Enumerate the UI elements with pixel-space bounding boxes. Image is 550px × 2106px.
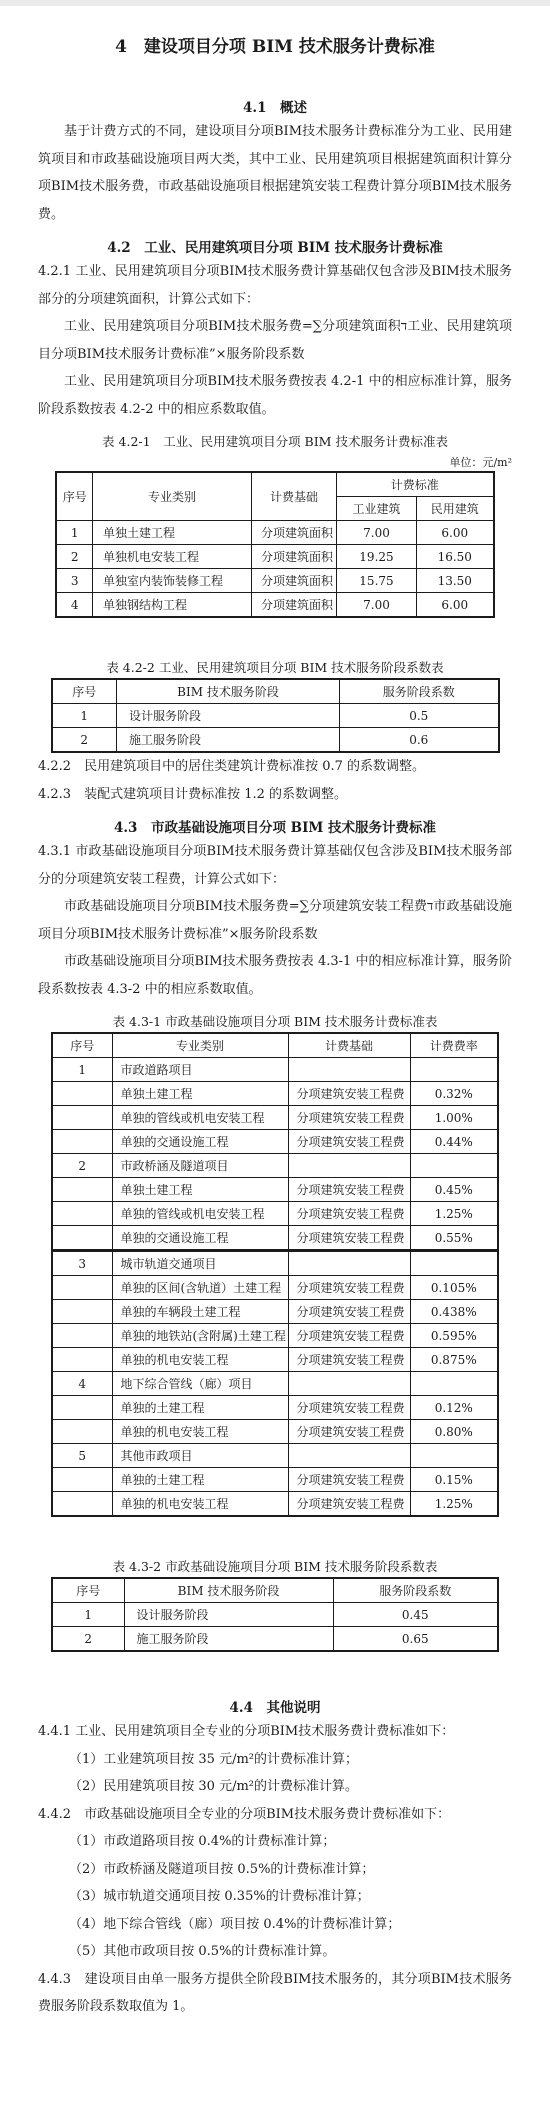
table-cell: 施工服务阶段 (117, 728, 340, 753)
table-cell: 0.875% (410, 1348, 498, 1372)
table-cell: 单独的车辆段土建工程 (112, 1300, 288, 1324)
col-header-category: 专业类别 (92, 472, 251, 521)
table-cell: 0.6 (340, 728, 499, 753)
table-cell: 分项建筑安装工程费 (288, 1324, 410, 1348)
col-header-no: 序号 (56, 472, 92, 521)
table-cell: 分项建筑安装工程费 (288, 1396, 410, 1420)
table-cell: 2 (56, 545, 92, 569)
col-header-no: 序号 (52, 679, 117, 704)
table-cell (52, 1348, 112, 1372)
table-cell: 3 (52, 1251, 112, 1276)
clause-4-4-3: 4.4.3 建设项目由单一服务方提供全阶段BIM技术服务的，其分项BIM技术服务… (38, 1966, 512, 2021)
table-cell: 6.00 (416, 593, 493, 618)
table-cell: 单独的机电安装工程 (112, 1420, 288, 1444)
table-row: 单独的管线或机电安装工程分项建筑安装工程费1.00% (52, 1106, 498, 1130)
table-row: 单独的地铁站(含附属)土建工程分项建筑安装工程费0.595% (52, 1324, 498, 1348)
table-cell: 分项建筑安装工程费 (288, 1300, 410, 1324)
table-cell: 单独的机电安装工程 (112, 1492, 288, 1517)
table-cell: 单独的机电安装工程 (112, 1348, 288, 1372)
table-row: 单独的区间(含轨道）土建工程分项建筑安装工程费0.105% (52, 1276, 498, 1300)
table-row: 2施工服务阶段0.65 (52, 1627, 498, 1652)
col-header-stage: BIM 技术服务阶段 (124, 1578, 333, 1603)
clause-4-4-1: 4.4.1 工业、民用建筑项目全专业的分项BIM技术服务费计费标准如下： (38, 1718, 512, 1746)
table-cell: 分项建筑安装工程费 (288, 1468, 410, 1492)
clause-4-2-1: 4.2.1 工业、民用建筑项目分项BIM技术服务费计算基础仅包含涉及BIM技术服… (38, 258, 512, 313)
table-row: 3城市轨道交通项目 (52, 1251, 498, 1276)
table-row: 2施工服务阶段0.6 (52, 728, 499, 753)
document-title: 4 建设项目分项 BIM 技术服务计费标准 (38, 34, 512, 60)
table-cell: 分项建筑安装工程费 (288, 1130, 410, 1154)
table-cell: 0.5 (340, 704, 499, 728)
table-cell (52, 1492, 112, 1517)
table-cell: 城市轨道交通项目 (112, 1251, 288, 1276)
table-cell (52, 1420, 112, 1444)
table-cell: 施工服务阶段 (124, 1627, 333, 1652)
table-header-row: 序号 专业类别 计费基础 计费标准 (56, 472, 493, 497)
formula-4-2: 工业、民用建筑项目分项BIM技术服务费=∑分项建筑面积ד工业、民用建筑项目分项B… (38, 313, 512, 368)
table-cell: 分项建筑安装工程费 (288, 1178, 410, 1202)
table-cell: 分项建筑安装工程费 (288, 1106, 410, 1130)
list-item: （2）民用建筑项目按 30 元/m²的计费标准计算。 (69, 1773, 512, 1801)
table-row: 单独土建工程分项建筑安装工程费0.32% (52, 1082, 498, 1106)
list-item: （1）工业建筑项目按 35 元/m²的计费标准计算； (69, 1746, 512, 1774)
table-cell: 0.438% (410, 1300, 498, 1324)
table-cell: 1.25% (410, 1492, 498, 1517)
table-cell: 单独土建工程 (112, 1082, 288, 1106)
table-cell: 0.105% (410, 1276, 498, 1300)
section-heading-4-2: 4.2 工业、民用建筑项目分项 BIM 技术服务计费标准 (38, 238, 512, 258)
table-cell (52, 1226, 112, 1251)
table-cell: 0.595% (410, 1324, 498, 1348)
table-cell (410, 1444, 498, 1468)
table-cell (288, 1058, 410, 1082)
table-cell: 0.45 (333, 1603, 498, 1627)
section-heading-4-1: 4.1 概述 (38, 98, 512, 118)
col-header-no: 序号 (52, 1033, 112, 1058)
paragraph-4-2-ref: 工业、民用建筑项目分项BIM技术服务费按表 4.2-1 中的相应标准计算，服务阶… (38, 368, 512, 423)
table-cell: 6.00 (416, 521, 493, 545)
col-header-rate: 计费费率 (410, 1033, 498, 1058)
table-cell: 7.00 (336, 593, 416, 618)
table-cell: 13.50 (416, 569, 493, 593)
table-cell: 0.45% (410, 1178, 498, 1202)
section-heading-4-3: 4.3 市政基础设施项目分项 BIM 技术服务计费标准 (38, 818, 512, 838)
table-cell: 分项建筑安装工程费 (288, 1082, 410, 1106)
table-cell (410, 1154, 498, 1178)
table-cell (410, 1372, 498, 1396)
table-cell: 设计服务阶段 (124, 1603, 333, 1627)
table-cell: 4 (52, 1372, 112, 1396)
table-4-3-2: 序号 BIM 技术服务阶段 服务阶段系数 1设计服务阶段0.452施工服务阶段0… (51, 1577, 499, 1652)
table-row: 1单独土建工程分项建筑面积7.006.00 (56, 521, 493, 545)
table-cell: 分项建筑安装工程费 (288, 1202, 410, 1226)
table-cell: 单独的地铁站(含附属)土建工程 (112, 1324, 288, 1348)
table-cell: 分项建筑面积 (251, 593, 336, 618)
table-cell: 分项建筑面积 (251, 569, 336, 593)
table-row: 2市政桥涵及隧道项目 (52, 1154, 498, 1178)
col-header-basis: 计费基础 (251, 472, 336, 521)
table-cell: 19.25 (336, 545, 416, 569)
table-cell (52, 1202, 112, 1226)
table-caption-4-2-1: 表 4.2-1 工业、民用建筑项目分项 BIM 技术服务计费标准表 (38, 432, 512, 452)
table-cell: 分项建筑安装工程费 (288, 1492, 410, 1517)
table-cell: 16.50 (416, 545, 493, 569)
table-cell: 单独室内装饰装修工程 (92, 569, 251, 593)
col-header-no: 序号 (52, 1578, 124, 1603)
table-cell (52, 1106, 112, 1130)
table-row: 单独的管线或机电安装工程分项建筑安装工程费1.25% (52, 1202, 498, 1226)
list-item: （1）市政道路项目按 0.4%的计费标准计算； (69, 1828, 512, 1856)
table-header-row: 序号 专业类别 计费基础 计费费率 (52, 1033, 498, 1058)
table-cell: 地下综合管线（廊）项目 (112, 1372, 288, 1396)
col-header-coefficient: 服务阶段系数 (340, 679, 499, 704)
table-cell: 市政道路项目 (112, 1058, 288, 1082)
table-cell: 1.00% (410, 1106, 498, 1130)
table-caption-4-3-1: 表 4.3-1 市政基础设施项目分项 BIM 技术服务计费标准表 (38, 1012, 512, 1032)
table-cell: 单独的管线或机电安装工程 (112, 1106, 288, 1130)
col-header-stage: BIM 技术服务阶段 (117, 679, 340, 704)
table-cell (52, 1396, 112, 1420)
table-cell (410, 1058, 498, 1082)
unit-note: 单位：元/m² (38, 455, 512, 471)
table-cell: 分项建筑安装工程费 (288, 1348, 410, 1372)
col-header-standard: 计费标准 (336, 472, 493, 497)
col-header-industrial: 工业建筑 (336, 497, 416, 521)
table-cell: 0.55% (410, 1226, 498, 1251)
table-cell: 3 (56, 569, 92, 593)
table-row: 2单独机电安装工程分项建筑面积19.2516.50 (56, 545, 493, 569)
table-row: 4地下综合管线（廊）项目 (52, 1372, 498, 1396)
table-row: 单独的机电安装工程分项建筑安装工程费0.80% (52, 1420, 498, 1444)
table-cell: 分项建筑面积 (251, 521, 336, 545)
table-cell: 单独的区间(含轨道）土建工程 (112, 1276, 288, 1300)
table-header-row: 序号 BIM 技术服务阶段 服务阶段系数 (52, 1578, 498, 1603)
table-cell (52, 1276, 112, 1300)
clause-4-2-3: 4.2.3 装配式建筑项目计费标准按 1.2 的系数调整。 (38, 781, 512, 809)
list-item: （4）地下综合管线（廊）项目按 0.4%的计费标准计算； (69, 1911, 512, 1939)
formula-4-3: 市政基础设施项目分项BIM技术服务费=∑分项建筑安装工程费ד市政基础设施项目分项… (38, 893, 512, 948)
table-cell: 0.65 (333, 1627, 498, 1652)
table-row: 单独的交通设施工程分项建筑安装工程费0.55% (52, 1226, 498, 1251)
col-header-basis: 计费基础 (288, 1033, 410, 1058)
table-cell (52, 1468, 112, 1492)
table-cell: 市政桥涵及隧道项目 (112, 1154, 288, 1178)
table-cell: 2 (52, 1154, 112, 1178)
table-cell: 1 (56, 521, 92, 545)
table-cell: 分项建筑安装工程费 (288, 1420, 410, 1444)
table-caption-4-2-2: 表 4.2-2 工业、民用建筑项目分项 BIM 技术服务阶段系数表 (38, 658, 512, 678)
table-4-2-1: 序号 专业类别 计费基础 计费标准 工业建筑 民用建筑 1单独土建工程分项建筑面… (55, 471, 494, 618)
section-heading-4-4: 4.4 其他说明 (38, 1698, 512, 1718)
clause-4-4-2: 4.4.2 市政基础设施项目全专业的分项BIM技术服务费计费标准如下： (38, 1801, 512, 1829)
table-cell (52, 1082, 112, 1106)
table-cell (288, 1251, 410, 1276)
col-header-category: 专业类别 (112, 1033, 288, 1058)
table-row: 3单独室内装饰装修工程分项建筑面积15.7513.50 (56, 569, 493, 593)
table-row: 1市政道路项目 (52, 1058, 498, 1082)
table-cell (52, 1178, 112, 1202)
table-cell: 分项建筑安装工程费 (288, 1226, 410, 1251)
table-cell: 单独的管线或机电安装工程 (112, 1202, 288, 1226)
table-cell: 单独机电安装工程 (92, 545, 251, 569)
paragraph-4-3-ref: 市政基础设施项目分项BIM技术服务费按表 4.3-1 中的相应标准计算，服务阶段… (38, 948, 512, 1003)
col-header-civil: 民用建筑 (416, 497, 493, 521)
table-cell: 分项建筑安装工程费 (288, 1276, 410, 1300)
table-cell: 其他市政项目 (112, 1444, 288, 1468)
table-row: 单独的土建工程分项建筑安装工程费0.15% (52, 1468, 498, 1492)
table-cell: 单独的土建工程 (112, 1468, 288, 1492)
table-cell: 0.12% (410, 1396, 498, 1420)
table-row: 单独的机电安装工程分项建筑安装工程费1.25% (52, 1492, 498, 1517)
table-cell (52, 1130, 112, 1154)
table-cell: 2 (52, 728, 117, 753)
table-row: 单独的交通设施工程分项建筑安装工程费0.44% (52, 1130, 498, 1154)
table-4-3-1: 序号 专业类别 计费基础 计费费率 1市政道路项目单独土建工程分项建筑安装工程费… (51, 1032, 499, 1517)
table-cell: 单独土建工程 (112, 1178, 288, 1202)
table-cell: 1 (52, 1603, 124, 1627)
table-cell (288, 1154, 410, 1178)
table-cell: 5 (52, 1444, 112, 1468)
table-row: 1设计服务阶段0.45 (52, 1603, 498, 1627)
table-cell: 0.32% (410, 1082, 498, 1106)
table-cell (288, 1444, 410, 1468)
table-row: 单独土建工程分项建筑安装工程费0.45% (52, 1178, 498, 1202)
table-cell: 1.25% (410, 1202, 498, 1226)
table-caption-4-3-2: 表 4.3-2 市政基础设施项目分项 BIM 技术服务阶段系数表 (38, 1557, 512, 1577)
clause-4-2-2: 4.2.2 民用建筑项目中的居住类建筑计费标准按 0.7 的系数调整。 (38, 753, 512, 781)
table-cell: 单独的交通设施工程 (112, 1226, 288, 1251)
table-4-2-2: 序号 BIM 技术服务阶段 服务阶段系数 1设计服务阶段0.52施工服务阶段0.… (51, 678, 500, 753)
table-row: 单独的车辆段土建工程分项建筑安装工程费0.438% (52, 1300, 498, 1324)
list-4-4-2: （1）市政道路项目按 0.4%的计费标准计算；（2）市政桥涵及隧道项目按 0.5… (38, 1828, 512, 1966)
table-cell: 1 (52, 1058, 112, 1082)
list-item: （5）其他市政项目按 0.5%的计费标准计算。 (69, 1938, 512, 1966)
page-top-strip (0, 0, 550, 6)
list-4-4-1: （1）工业建筑项目按 35 元/m²的计费标准计算；（2）民用建筑项目按 30 … (38, 1746, 512, 1801)
table-cell: 设计服务阶段 (117, 704, 340, 728)
table-row: 单独的土建工程分项建筑安装工程费0.12% (52, 1396, 498, 1420)
table-row: 5其他市政项目 (52, 1444, 498, 1468)
table-cell: 单独土建工程 (92, 521, 251, 545)
table-cell (52, 1324, 112, 1348)
table-row: 4单独钢结构工程分项建筑面积7.006.00 (56, 593, 493, 618)
table-cell (288, 1372, 410, 1396)
table-cell: 单独的交通设施工程 (112, 1130, 288, 1154)
table-header-row: 序号 BIM 技术服务阶段 服务阶段系数 (52, 679, 499, 704)
table-cell: 0.80% (410, 1420, 498, 1444)
table-row: 单独的机电安装工程分项建筑安装工程费0.875% (52, 1348, 498, 1372)
col-header-coefficient: 服务阶段系数 (333, 1578, 498, 1603)
table-cell: 0.15% (410, 1468, 498, 1492)
table-cell: 7.00 (336, 521, 416, 545)
list-item: （3）城市轨道交通项目按 0.35%的计费标准计算； (69, 1883, 512, 1911)
table-cell (410, 1251, 498, 1276)
table-cell: 单独钢结构工程 (92, 593, 251, 618)
table-cell: 4 (56, 593, 92, 618)
clause-4-3-1: 4.3.1 市政基础设施项目分项BIM技术服务费计算基础仅包含涉及BIM技术服务… (38, 838, 512, 893)
table-cell: 1 (52, 704, 117, 728)
table-cell: 2 (52, 1627, 124, 1652)
table-cell: 单独的土建工程 (112, 1396, 288, 1420)
table-cell: 0.44% (410, 1130, 498, 1154)
table-row: 1设计服务阶段0.5 (52, 704, 499, 728)
paragraph-overview: 基于计费方式的不同，建设项目分项BIM技术服务计费标准分为工业、民用建筑项目和市… (38, 118, 512, 228)
list-item: （2）市政桥涵及隧道项目按 0.5%的计费标准计算； (69, 1856, 512, 1884)
document-page: 4 建设项目分项 BIM 技术服务计费标准 4.1 概述 基于计费方式的不同，建… (0, 34, 550, 2021)
table-cell: 15.75 (336, 569, 416, 593)
table-cell (52, 1300, 112, 1324)
table-cell: 分项建筑面积 (251, 545, 336, 569)
